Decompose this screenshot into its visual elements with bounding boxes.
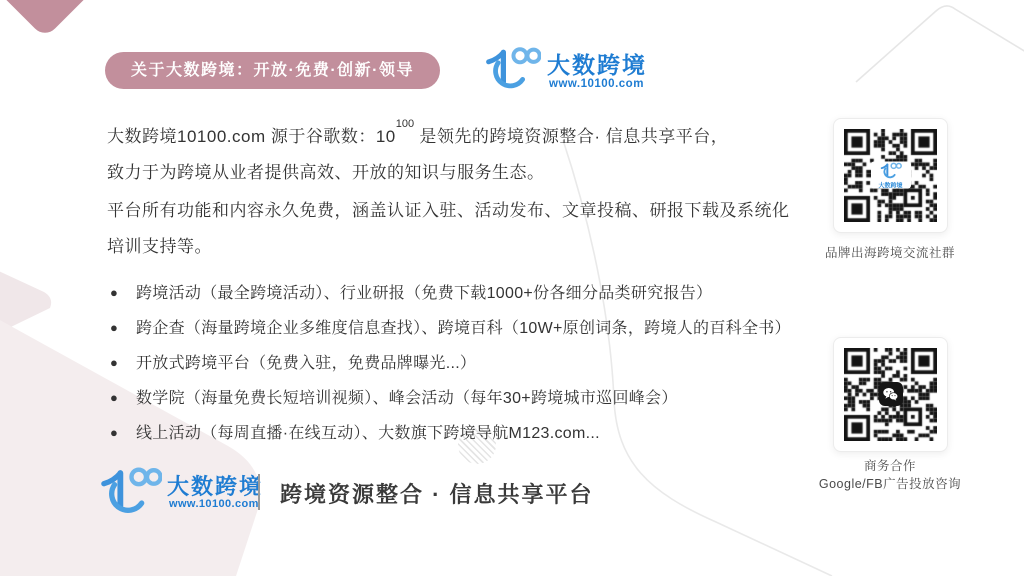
brand-url: www.10100.com	[549, 78, 644, 90]
footer-tagline: 跨境资源整合 · 信息共享平台	[280, 478, 594, 509]
qr-center-logo: 大数跨境	[871, 162, 911, 189]
bullet-dot: ●	[110, 355, 136, 370]
intro-line-1: 大数跨境10100.com 源于谷歌数：10100 是领先的跨境资源整合· 信息…	[107, 122, 728, 147]
slide-page: 关于大数跨境：开放·免费·创新·领导 大数跨境 www.10100.com 大数…	[0, 0, 1024, 576]
bullet-dot: ●	[110, 390, 136, 405]
bullet-text: 跨企查（海量跨境企业多维度信息查找）、跨境百科（10W+原创词条，跨境人的百科全…	[136, 320, 791, 337]
features-line-2: 培训支持等。	[107, 232, 212, 257]
bullet-item-open-platform: ●开放式跨境平台（免费入驻，免费品牌曝光...）	[110, 350, 790, 373]
bullet-dot: ●	[110, 320, 136, 335]
intro-line-1-tail: 是领先的跨境资源整合· 信息共享平台，	[414, 127, 728, 146]
features-line-1: 平台所有功能和内容永久免费，涵盖认证入驻、活动发布、文章投稿、研报下载及系统化	[107, 196, 790, 221]
brand-name-mini: 大数跨境	[871, 184, 911, 190]
qr-center-wechat	[879, 382, 903, 406]
intro-line-2: 致力于为跨境从业者提供高效、开放的知识与服务生态。	[107, 158, 545, 183]
exponent-100: 100	[396, 118, 414, 130]
bullet-item-online-events: ●线上活动（每周直播·在线互动）、大数旗下跨境导航M123.com...	[110, 420, 790, 443]
qr-caption-business-detail: Google/FB广告投放咨询	[800, 474, 980, 492]
bullet-item-company-search: ●跨企查（海量跨境企业多维度信息查找）、跨境百科（10W+原创词条，跨境人的百科…	[110, 315, 790, 338]
bullet-text: 跨境活动（最全跨境活动）、行业研报（免费下载1000+份各细分品类研究报告）	[136, 285, 712, 302]
intro-line-1-text: 大数跨境10100.com 源于谷歌数：10	[107, 127, 396, 146]
footer-divider	[258, 474, 260, 510]
brand-url-footer: www.10100.com	[169, 498, 259, 510]
10100-logo-icon	[485, 47, 541, 89]
bullet-text: 开放式跨境平台（免费入驻，免费品牌曝光...）	[136, 355, 476, 372]
qr-caption-business-title: 商务合作	[800, 456, 980, 474]
brand-name-footer: 大数跨境	[167, 470, 263, 501]
bullet-text: 数学院（海量免费长短培训视频）、峰会活动（每年30+跨境城市巡回峰会）	[136, 390, 678, 407]
qr-card-business	[833, 337, 948, 452]
topleft-diamond	[0, 0, 102, 39]
about-badge: 关于大数跨境：开放·免费·创新·领导	[105, 52, 440, 89]
bullet-item-activities: ●跨境活动（最全跨境活动）、行业研报（免费下载1000+份各细分品类研究报告）	[110, 280, 790, 303]
bullet-text: 线上活动（每周直播·在线互动）、大数旗下跨境导航M123.com...	[136, 425, 600, 442]
qr-caption-community: 品牌出海跨境交流社群	[800, 243, 980, 261]
wechat-icon	[882, 387, 899, 402]
10100-logo-icon-footer	[100, 467, 162, 514]
10100-logo-icon	[880, 163, 902, 179]
qr-card-community: 大数跨境	[833, 118, 948, 233]
bullet-dot: ●	[110, 425, 136, 440]
bullet-item-academy: ●数学院（海量免费长短培训视频）、峰会活动（每年30+跨境城市巡回峰会）	[110, 385, 790, 408]
header-logo: 大数跨境 www.10100.com	[485, 45, 685, 95]
brand-name: 大数跨境	[547, 47, 647, 80]
bullet-dot: ●	[110, 285, 136, 300]
